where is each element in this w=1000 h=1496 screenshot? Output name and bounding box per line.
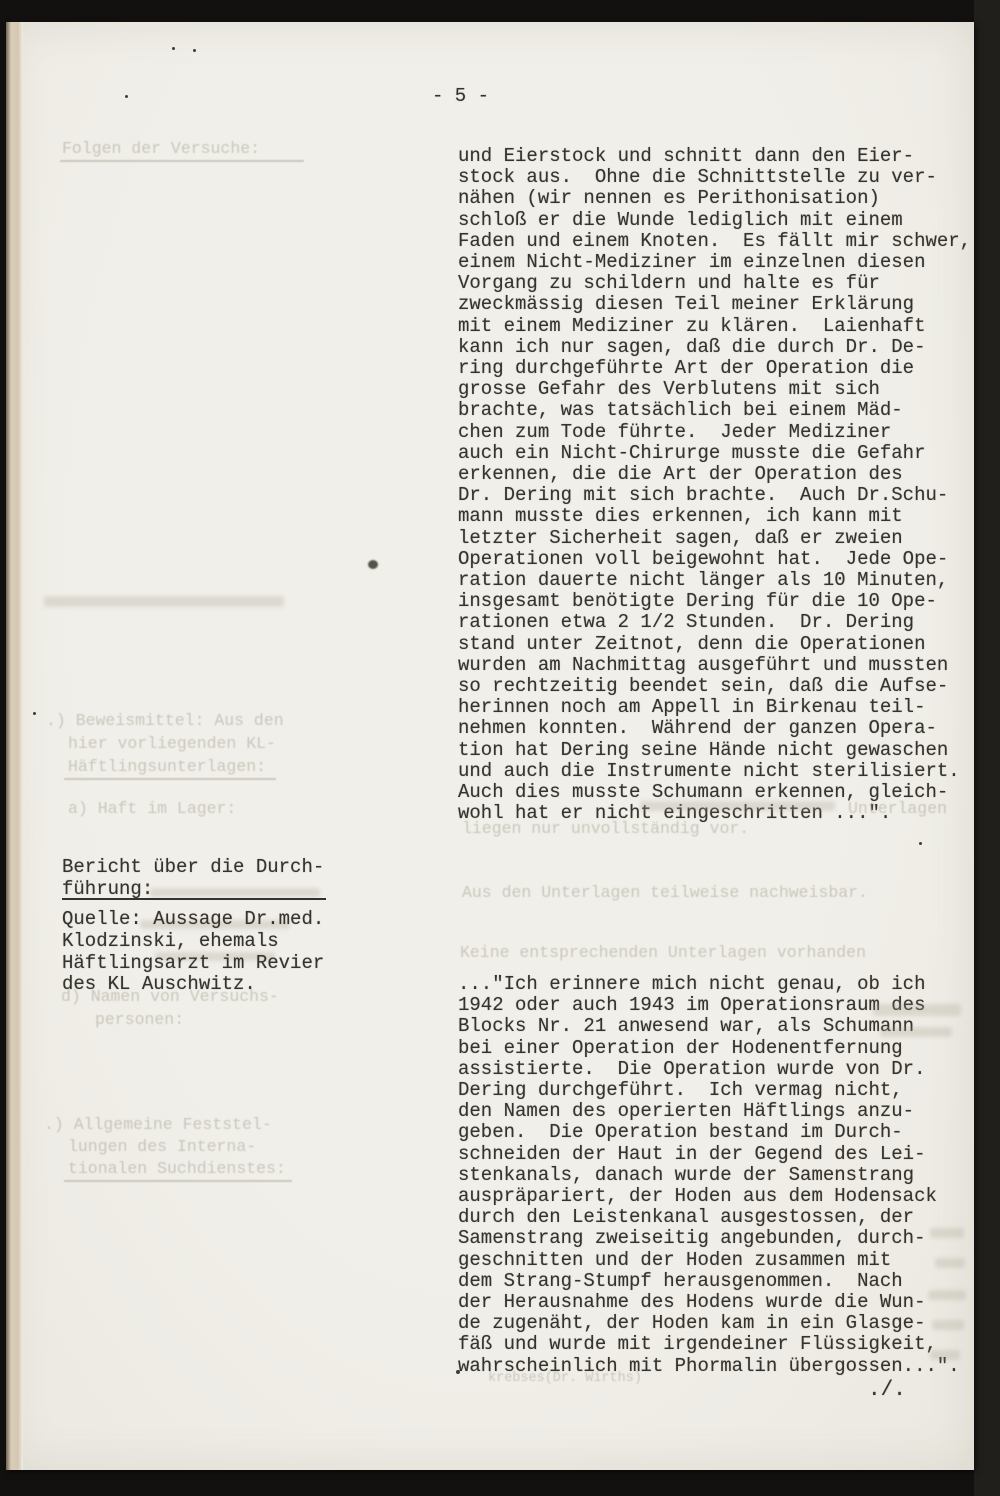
ghost-underline xyxy=(64,778,276,780)
source-note: Quelle: Aussage Dr.med. Klodzinski, ehem… xyxy=(62,909,324,996)
paper-stack-edge xyxy=(6,22,23,1470)
scanned-document: - 5 - Folgen der Versuche: und Eierstock… xyxy=(0,0,1000,1496)
ghost-note-allgemein-3: tionalen Suchdienstes: xyxy=(68,1158,286,1180)
ink-speck xyxy=(172,47,175,50)
scan-background-right xyxy=(974,0,1000,1496)
ghost-smudge xyxy=(44,596,284,607)
ghost-fragment-unterlagen: Unterlagen xyxy=(848,798,947,820)
ghost-line-unvollstaendig: liegen nur unvollständig vor. xyxy=(462,818,749,840)
ghost-note-allgemein-1: .) Allgemeine Feststel- xyxy=(44,1114,272,1136)
ghost-smudge xyxy=(640,801,835,811)
ghost-note-namen-2: personen: xyxy=(95,1009,184,1031)
ghost-smudge xyxy=(928,1290,966,1300)
ghost-note-beweismittel-1: .) Beweismittel: Aus den xyxy=(46,710,284,732)
ink-blot xyxy=(368,560,378,569)
ink-speck xyxy=(193,49,196,52)
ghost-smudge xyxy=(935,1258,965,1268)
ghost-smudge xyxy=(930,1228,964,1238)
testimony-paragraph-1: und Eierstock und schnitt dann den Eier-… xyxy=(458,146,971,825)
page-number: - 5 - xyxy=(432,86,489,107)
heading-underline xyxy=(62,898,326,900)
ghost-smudge xyxy=(880,1027,952,1037)
ghost-underline xyxy=(60,160,304,162)
ink-speck xyxy=(919,842,922,845)
ghost-line-krebses: krebses(Dr. Wirths) xyxy=(488,1368,642,1390)
ghost-smudge xyxy=(930,1350,960,1360)
ghost-note-beweismittel-3: Häftlingsunterlagen: xyxy=(68,756,266,778)
ghost-smudge xyxy=(932,1320,964,1330)
ink-speck xyxy=(33,712,36,715)
ghost-margin-heading: Folgen der Versuche: xyxy=(62,138,260,160)
report-heading: Bericht über die Durch- führung: xyxy=(62,856,324,900)
ghost-note-haft: a) Haft im Lager: xyxy=(68,798,236,820)
continuation-mark: ./. xyxy=(868,1380,906,1401)
ghost-line-keine-unterlagen: Keine entsprechenden Unterlagen vorhande… xyxy=(460,942,866,964)
ghost-note-beweismittel-2: hier vorliegenden KL- xyxy=(68,733,276,755)
ghost-smudge xyxy=(873,1004,961,1016)
ghost-note-namen-1: d) Namen von Versuchs- xyxy=(61,986,279,1008)
ghost-underline xyxy=(64,1180,292,1182)
ghost-note-allgemein-2: lungen des Interna- xyxy=(68,1136,256,1158)
ghost-line-nachweisbar: Aus den Unterlagen teilweise nachweisbar… xyxy=(462,882,868,904)
ink-speck xyxy=(125,95,128,98)
ink-speck xyxy=(456,1370,460,1374)
